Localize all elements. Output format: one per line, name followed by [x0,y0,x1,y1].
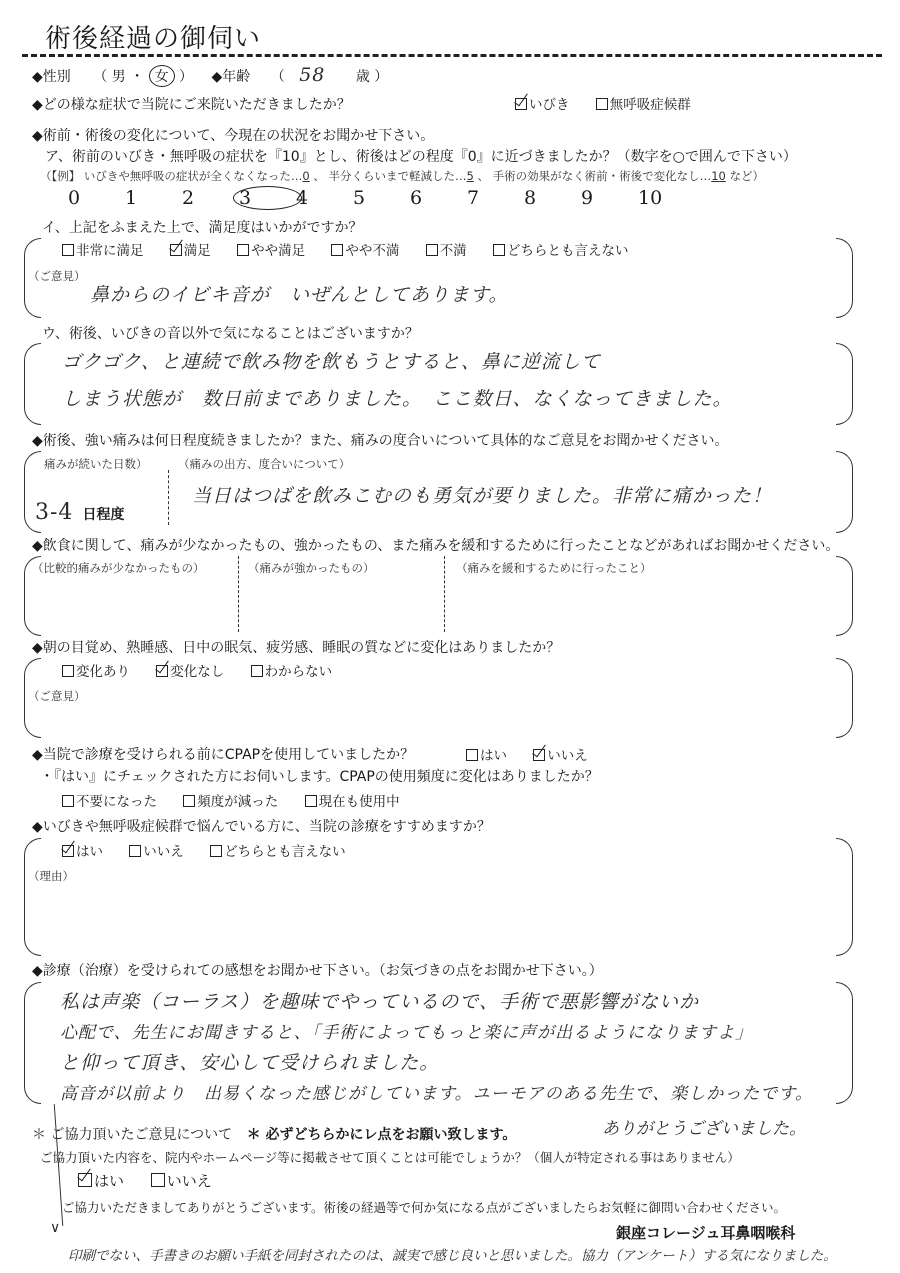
concerns-bracket-left [24,343,41,425]
scale-5[interactable]: 5 [353,187,410,209]
checkbox-icon[interactable] [515,98,527,110]
pain-days-unit: 日程度 [83,507,125,523]
consent-option-yes[interactable]: はい [78,1172,124,1190]
recommend-option-neutral[interactable]: どちらとも言えない [210,844,346,860]
impressions-line-1[interactable]: 私は声楽（コーラス）を趣味でやっているので、手術で悪影響がないか [60,987,699,1014]
handwritten-footnote[interactable]: 印刷でない、手書きのお願い手紙を同封されたのは、誠実で感じ良いと思いました。協力… [68,1244,837,1264]
pain-detail-label: （痛みの出方、度合いについて） [178,456,350,472]
cpap-option-yes[interactable]: はい [466,748,507,764]
checkbox-icon[interactable] [533,749,545,761]
change-sub-question: ア、術前のいびき・無呼吸の症状を『10』とし、術後はどの程度『0』に近づきました… [45,146,797,166]
food-col-more-pain-label: （痛みが強かったもの） [248,560,375,576]
satisfaction-option-neutral[interactable]: どちらとも言えない [493,243,629,259]
impressions-line-4[interactable]: 高音が以前より 出易くなった感じがしています。ユーモアのある先生で、楽しかったで… [60,1079,813,1104]
checkbox-icon[interactable] [331,244,343,256]
recommend-option-yes[interactable]: はい [62,844,103,860]
recommend-bracket-right [836,838,853,956]
page-title: 術後経過の御伺い [45,18,261,55]
satisfaction-option-somewhat-satisfied[interactable]: やや満足 [237,243,305,259]
satisfaction-question: イ、上記をふまえた上で、満足度はいかがですか？ [42,217,362,237]
other-concerns-question: ウ、術後、いびきの音以外で気になることはございますか？ [42,323,419,343]
checkbox-icon[interactable] [493,244,505,256]
concerns-answer-line-2[interactable]: しまう状態が 数日前までありました。 ここ数日、なくなってきました。 [62,384,733,411]
consent-heading-right: ＊ 必ずどちらかにレ点をお願い致します。 [247,1127,517,1143]
pain-duration-question: ◆術後、強い痛みは何日程度続きましたか？また、痛みの度合いについて具体的なご意見… [32,430,728,450]
impressions-question: ◆診療（治療）を受けられての感想をお聞かせ下さい。（お気づきの点をお聞かせ下さい… [32,960,603,980]
food-more-pain-field[interactable] [248,576,438,626]
consent-thanks: ご協力いただきましてありがとうございます。術後の経過等で何か気になる点がございま… [62,1198,786,1216]
symptom-option-snoring[interactable]: いびき [515,97,570,113]
food-divider-2 [444,556,445,632]
demographics-row: ◆性別 （ 男 ・ 女 ） ◆年齢 （ 58 歳 ） [32,64,388,87]
checkbox-icon[interactable] [466,749,478,761]
title-divider [22,54,882,57]
impressions-line-3[interactable]: と仰って頂き、安心して受けられました。 [60,1048,439,1075]
scale-3-selected[interactable]: 3 [239,186,296,210]
cpap-followup-options: 不要になった 頻度が減った 現在も使用中 [62,790,422,810]
food-less-pain-field[interactable] [48,576,233,626]
consent-heading: ＊ ご協力頂いたご意見について ＊ 必ずどちらかにレ点をお願い致します。 [32,1124,516,1144]
cpap-option-no[interactable]: いいえ [533,748,588,764]
gender-label: ◆性別 [32,69,71,85]
impressions-line-5[interactable]: ありがとうございました。 [602,1114,806,1139]
scale-0[interactable]: 0 [68,187,125,209]
pain-days-value[interactable]: 3-4 [35,500,73,525]
checkbox-icon[interactable] [129,845,141,857]
checkbox-icon[interactable] [62,795,74,807]
cpap-followup-question: ・『はい』にチェックされた方にお伺いします。CPAPの使用頻度に変化はありました… [40,766,599,786]
scale-6[interactable]: 6 [410,187,467,209]
checkbox-icon[interactable] [596,98,608,110]
improvement-scale: 012345678910 [68,186,695,210]
satisfaction-option-somewhat-dissatisfied[interactable]: やや不満 [331,243,399,259]
scale-10[interactable]: 10 [638,187,695,209]
pain-days-answer: 3-4 日程度 [35,500,125,525]
pain-days-label: 痛みが続いた日数） [44,456,148,472]
symptoms-question: ◆どの様な症状で当院にご来院いただきましたか？ [32,94,351,114]
satisfaction-option-very-satisfied[interactable]: 非常に満足 [62,243,144,259]
checkbox-icon[interactable] [210,845,222,857]
cpap-followup-not-needed[interactable]: 不要になった [62,794,157,810]
impressions-line-2[interactable]: 心配で、先生にお聞きすると、「手術によってもっと楽に声が出るようになりますよ」 [60,1018,753,1043]
checkbox-icon[interactable] [237,244,249,256]
clinic-name: 銀座コレージュ耳鼻咽喉科 [616,1222,795,1243]
scale-2[interactable]: 2 [182,187,239,209]
pain-detail-text[interactable]: 当日はつばを飲みこむのも勇気が要りました。非常に痛かった！ [192,481,772,508]
satisfaction-option-dissatisfied[interactable]: 不満 [426,243,467,259]
recommend-question: ◆いびきや無呼吸症候群で悩んでいる方に、当院の診療をすすめますか？ [32,816,491,836]
food-relief-field[interactable] [456,576,831,626]
consent-question: ご協力頂いた内容を、院内やホームページ等に掲載させて頂くことは可能でしょうか？（… [40,1148,740,1166]
checkbox-icon[interactable] [151,1173,165,1187]
gender-option-female[interactable]: 女 [149,65,175,87]
food-divider-1 [238,556,239,632]
concerns-answer-line-1[interactable]: ゴクゴク、と連続で飲み物を飲もうとすると、鼻に逆流して [62,347,601,374]
recommend-reason-field[interactable] [80,882,830,948]
food-bracket-right [836,556,853,636]
cpap-options: はい いいえ [466,744,610,764]
cpap-followup-still-using[interactable]: 現在も使用中 [305,794,400,810]
checkbox-icon[interactable] [170,244,182,256]
sleep-opinion-field[interactable] [90,700,830,732]
symptoms-options: いびき 無呼吸症候群 [515,93,713,113]
sleep-option-no-change[interactable]: 変化なし [156,664,224,680]
sleep-option-unknown[interactable]: わからない [251,664,333,680]
food-question: ◆飲食に関して、痛みが少なかったもの、強かったもの、また痛みを緩和するために行っ… [32,535,839,555]
food-col-less-pain-label: （比較的痛みが少なかったもの） [32,560,205,576]
checkbox-icon[interactable] [251,665,263,677]
pain-divider [168,470,169,525]
sleep-question: ◆朝の目覚め、熟睡感、日中の眠気、疲労感、睡眠の質などに変化はありましたか？ [32,637,560,657]
age-label: ◆年齢 [212,69,251,85]
age-unit: 歳 [356,69,370,85]
cpap-question: ◆当院で診療を受けられる前にCPAPを使用していましたか？ [32,744,414,764]
satisfaction-opinion-text[interactable]: 鼻からのイビキ音が いぜんとしてあります。 [90,280,508,307]
change-example: （【例】 いびきや無呼吸の症状が全くなくなった…0 、 半分くらいまで軽減した…… [40,168,764,184]
impressions-bracket-left [24,982,41,1104]
consent-options: はい いいえ [78,1170,234,1191]
gender-option-male[interactable]: 男 [112,69,126,85]
recommend-options: はい いいえ どちらとも言えない [62,840,368,860]
scale-7[interactable]: 7 [467,187,524,209]
recommend-option-no[interactable]: いいえ [129,844,184,860]
scale-1[interactable]: 1 [125,187,182,209]
pain-bracket-right [836,451,853,533]
checkbox-icon[interactable] [62,244,74,256]
satisfaction-option-satisfied[interactable]: 満足 [170,243,211,259]
checkbox-icon[interactable] [62,845,74,857]
checkbox-icon[interactable] [305,795,317,807]
recommend-reason-label: （理由） [28,868,74,884]
food-col-relief-label: （痛みを緩和するために行ったこと） [456,560,652,576]
checkbox-icon[interactable] [78,1173,92,1187]
scale-9[interactable]: 9 [581,187,638,209]
checkbox-icon[interactable] [156,665,168,677]
satisfaction-opinion-label: （ご意見） [28,268,86,284]
recommend-bracket-left [24,838,41,956]
age-value[interactable]: 58 [299,64,325,86]
sleep-option-changed[interactable]: 変化あり [62,664,130,680]
consent-heading-left: ＊ ご協力頂いたご意見について [32,1127,232,1143]
concerns-bracket-right [836,343,853,425]
arrow-head-icon: ∨ [50,1220,60,1236]
scale-4[interactable]: 4 [296,187,353,209]
change-question: ◆術前・術後の変化について、今現在の状況をお聞かせ下さい。 [32,125,434,145]
cpap-followup-reduced[interactable]: 頻度が減った [183,794,278,810]
checkbox-icon[interactable] [426,244,438,256]
satisfaction-options: 非常に満足 満足 やや満足 やや不満 不満 どちらとも言えない [62,239,650,259]
symptom-option-apnea[interactable]: 無呼吸症候群 [596,97,691,113]
sleep-bracket-right [836,658,853,738]
sleep-options: 変化あり 変化なし わからない [62,660,354,680]
impressions-bracket-right [836,982,853,1104]
consent-option-no[interactable]: いいえ [151,1172,212,1190]
checkbox-icon[interactable] [62,665,74,677]
scale-8[interactable]: 8 [524,187,581,209]
satisfaction-bracket-right [836,238,853,318]
checkbox-icon[interactable] [183,795,195,807]
sleep-opinion-label: （ご意見） [28,688,86,704]
